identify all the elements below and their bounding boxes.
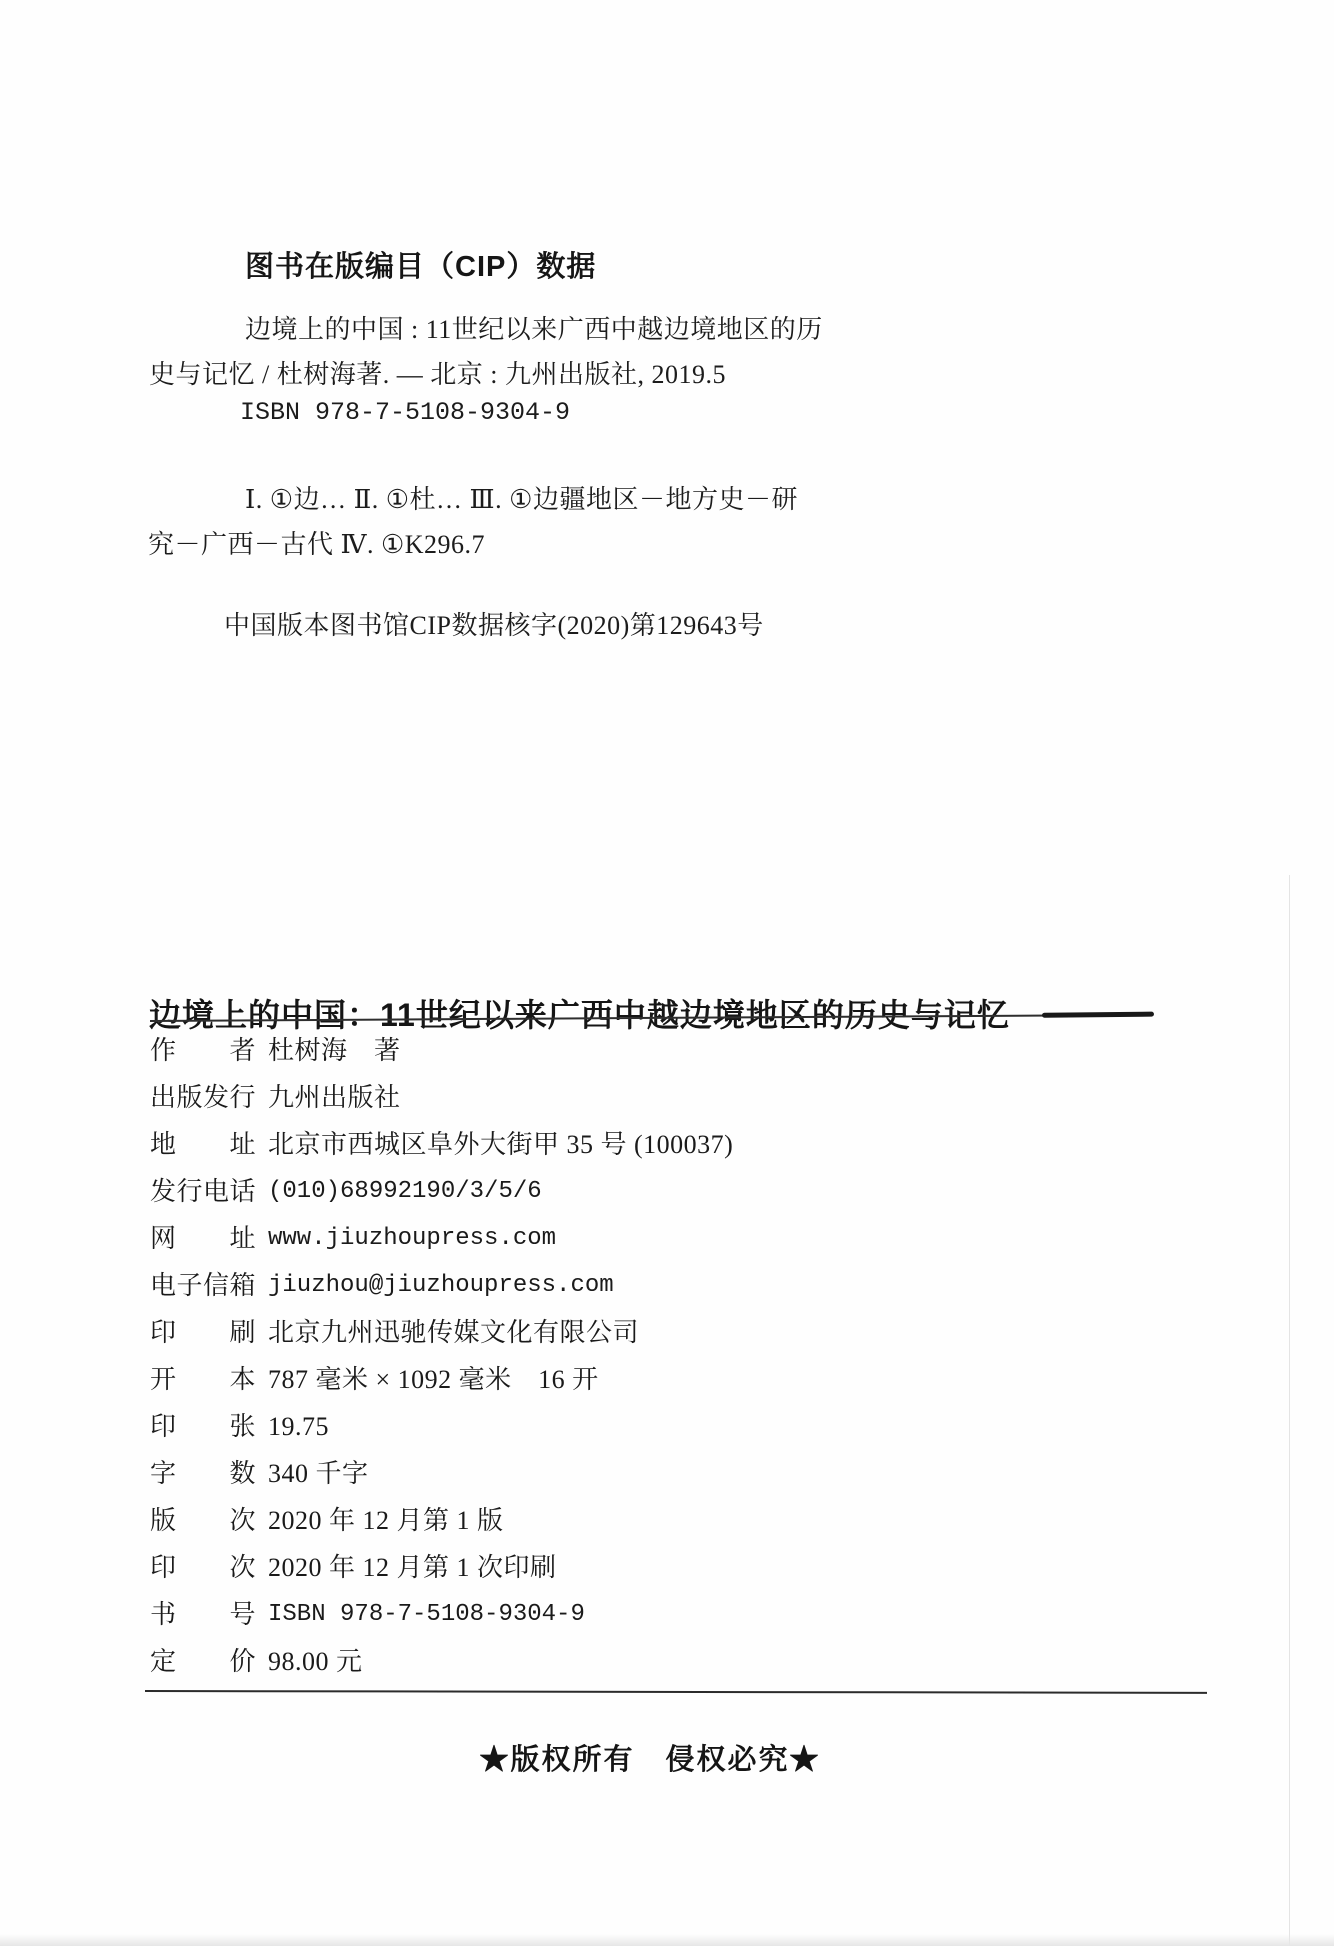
info-label: 印 刷: [150, 1320, 268, 1346]
info-value: ISBN 978-7-5108-9304-9: [268, 1602, 585, 1628]
info-row-edition: 版 次 2020 年 12 月第 1 版: [150, 1508, 1160, 1534]
info-label: 定 价: [150, 1649, 268, 1675]
info-row-email: 电子信箱 jiuzhou@jiuzhoupress.com: [150, 1273, 1160, 1299]
info-row-isbn: 书 号 ISBN 978-7-5108-9304-9: [150, 1602, 1160, 1628]
cip-isbn-line: ISBN 978-7-5108-9304-9: [240, 398, 570, 427]
info-value: 北京九州迅驰传媒文化有限公司: [268, 1320, 639, 1346]
info-row-website: 网 址 www.jiuzhoupress.com: [150, 1226, 1160, 1252]
info-value: 九州出版社: [268, 1085, 401, 1111]
info-label: 印 张: [150, 1414, 268, 1440]
info-label: 字 数: [150, 1461, 268, 1487]
info-value: (010)68992190/3/5/6: [268, 1179, 542, 1205]
info-row-address: 地 址 北京市西城区阜外大街甲 35 号 (100037): [150, 1132, 1160, 1158]
info-row-printed-sheets: 印 张 19.75: [150, 1414, 1160, 1440]
info-value: jiuzhou@jiuzhoupress.com: [268, 1273, 614, 1299]
cip-classification-line1: Ⅰ. ①边… Ⅱ. ①杜… Ⅲ. ①边疆地区－地方史－研: [245, 479, 798, 516]
cip-classification-line2: 究－广西－古代 Ⅳ. ①K296.7: [148, 524, 485, 561]
info-row-printer: 印 刷 北京九州迅驰传媒文化有限公司: [150, 1320, 1160, 1346]
cip-description-line1: 边境上的中国 : 11世纪以来广西中越边境地区的历: [245, 309, 823, 346]
page: 图书在版编目（CIP）数据 边境上的中国 : 11世纪以来广西中越边境地区的历 …: [0, 0, 1334, 1946]
scan-page-edge-bottom: [0, 1934, 1334, 1946]
info-label: 发行电话: [150, 1179, 268, 1205]
info-row-publisher: 出版发行 九州出版社: [150, 1085, 1160, 1111]
info-label: 印 次: [150, 1555, 268, 1581]
info-value: 2020 年 12 月第 1 版: [268, 1508, 504, 1534]
info-value: 787 毫米 × 1092 毫米 16 开: [268, 1367, 599, 1393]
info-value: 2020 年 12 月第 1 次印刷: [268, 1555, 557, 1581]
cip-record-number: 中国版本图书馆CIP数据核字(2020)第129643号: [224, 605, 764, 642]
info-row-printing: 印 次 2020 年 12 月第 1 次印刷: [150, 1555, 1160, 1581]
info-row-price: 定 价 98.00 元: [150, 1649, 1160, 1675]
info-row-format: 开 本 787 毫米 × 1092 毫米 16 开: [150, 1367, 1160, 1393]
info-row-author: 作 者 杜树海 著: [150, 1038, 1160, 1064]
cip-description-line2: 史与记忆 / 杜树海著. — 北京 : 九州出版社, 2019.5: [149, 354, 726, 391]
info-label: 电子信箱: [150, 1273, 268, 1299]
info-value: 杜树海 著: [268, 1038, 401, 1064]
info-value: 19.75: [268, 1414, 329, 1440]
info-label: 地 址: [150, 1132, 268, 1158]
info-label: 开 本: [150, 1367, 268, 1393]
cip-heading: 图书在版编目（CIP）数据: [245, 244, 596, 285]
info-row-word-count: 字 数 340 千字: [150, 1461, 1160, 1487]
info-label: 出版发行: [150, 1085, 268, 1111]
copyright-notice: ★版权所有 侵权必究★: [150, 1737, 1150, 1778]
info-value: 北京市西城区阜外大街甲 35 号 (100037): [268, 1132, 733, 1158]
info-value: www.jiuzhoupress.com: [268, 1226, 556, 1252]
scan-page-edge-right: [1289, 875, 1290, 1946]
info-value: 98.00 元: [268, 1649, 363, 1675]
info-value: 340 千字: [268, 1461, 369, 1487]
info-label: 作 者: [150, 1038, 268, 1064]
info-label: 版 次: [150, 1508, 268, 1534]
info-label: 网 址: [150, 1226, 268, 1252]
info-row-phone: 发行电话 (010)68992190/3/5/6: [150, 1179, 1160, 1205]
book-title: 边境上的中国：11世纪以来广西中越边境地区的历史与记忆: [149, 990, 1010, 1036]
info-label: 书 号: [150, 1602, 268, 1628]
publication-info-table: 作 者 杜树海 著 出版发行 九州出版社 地 址 北京市西城区阜外大街甲 35 …: [150, 1038, 1160, 1696]
